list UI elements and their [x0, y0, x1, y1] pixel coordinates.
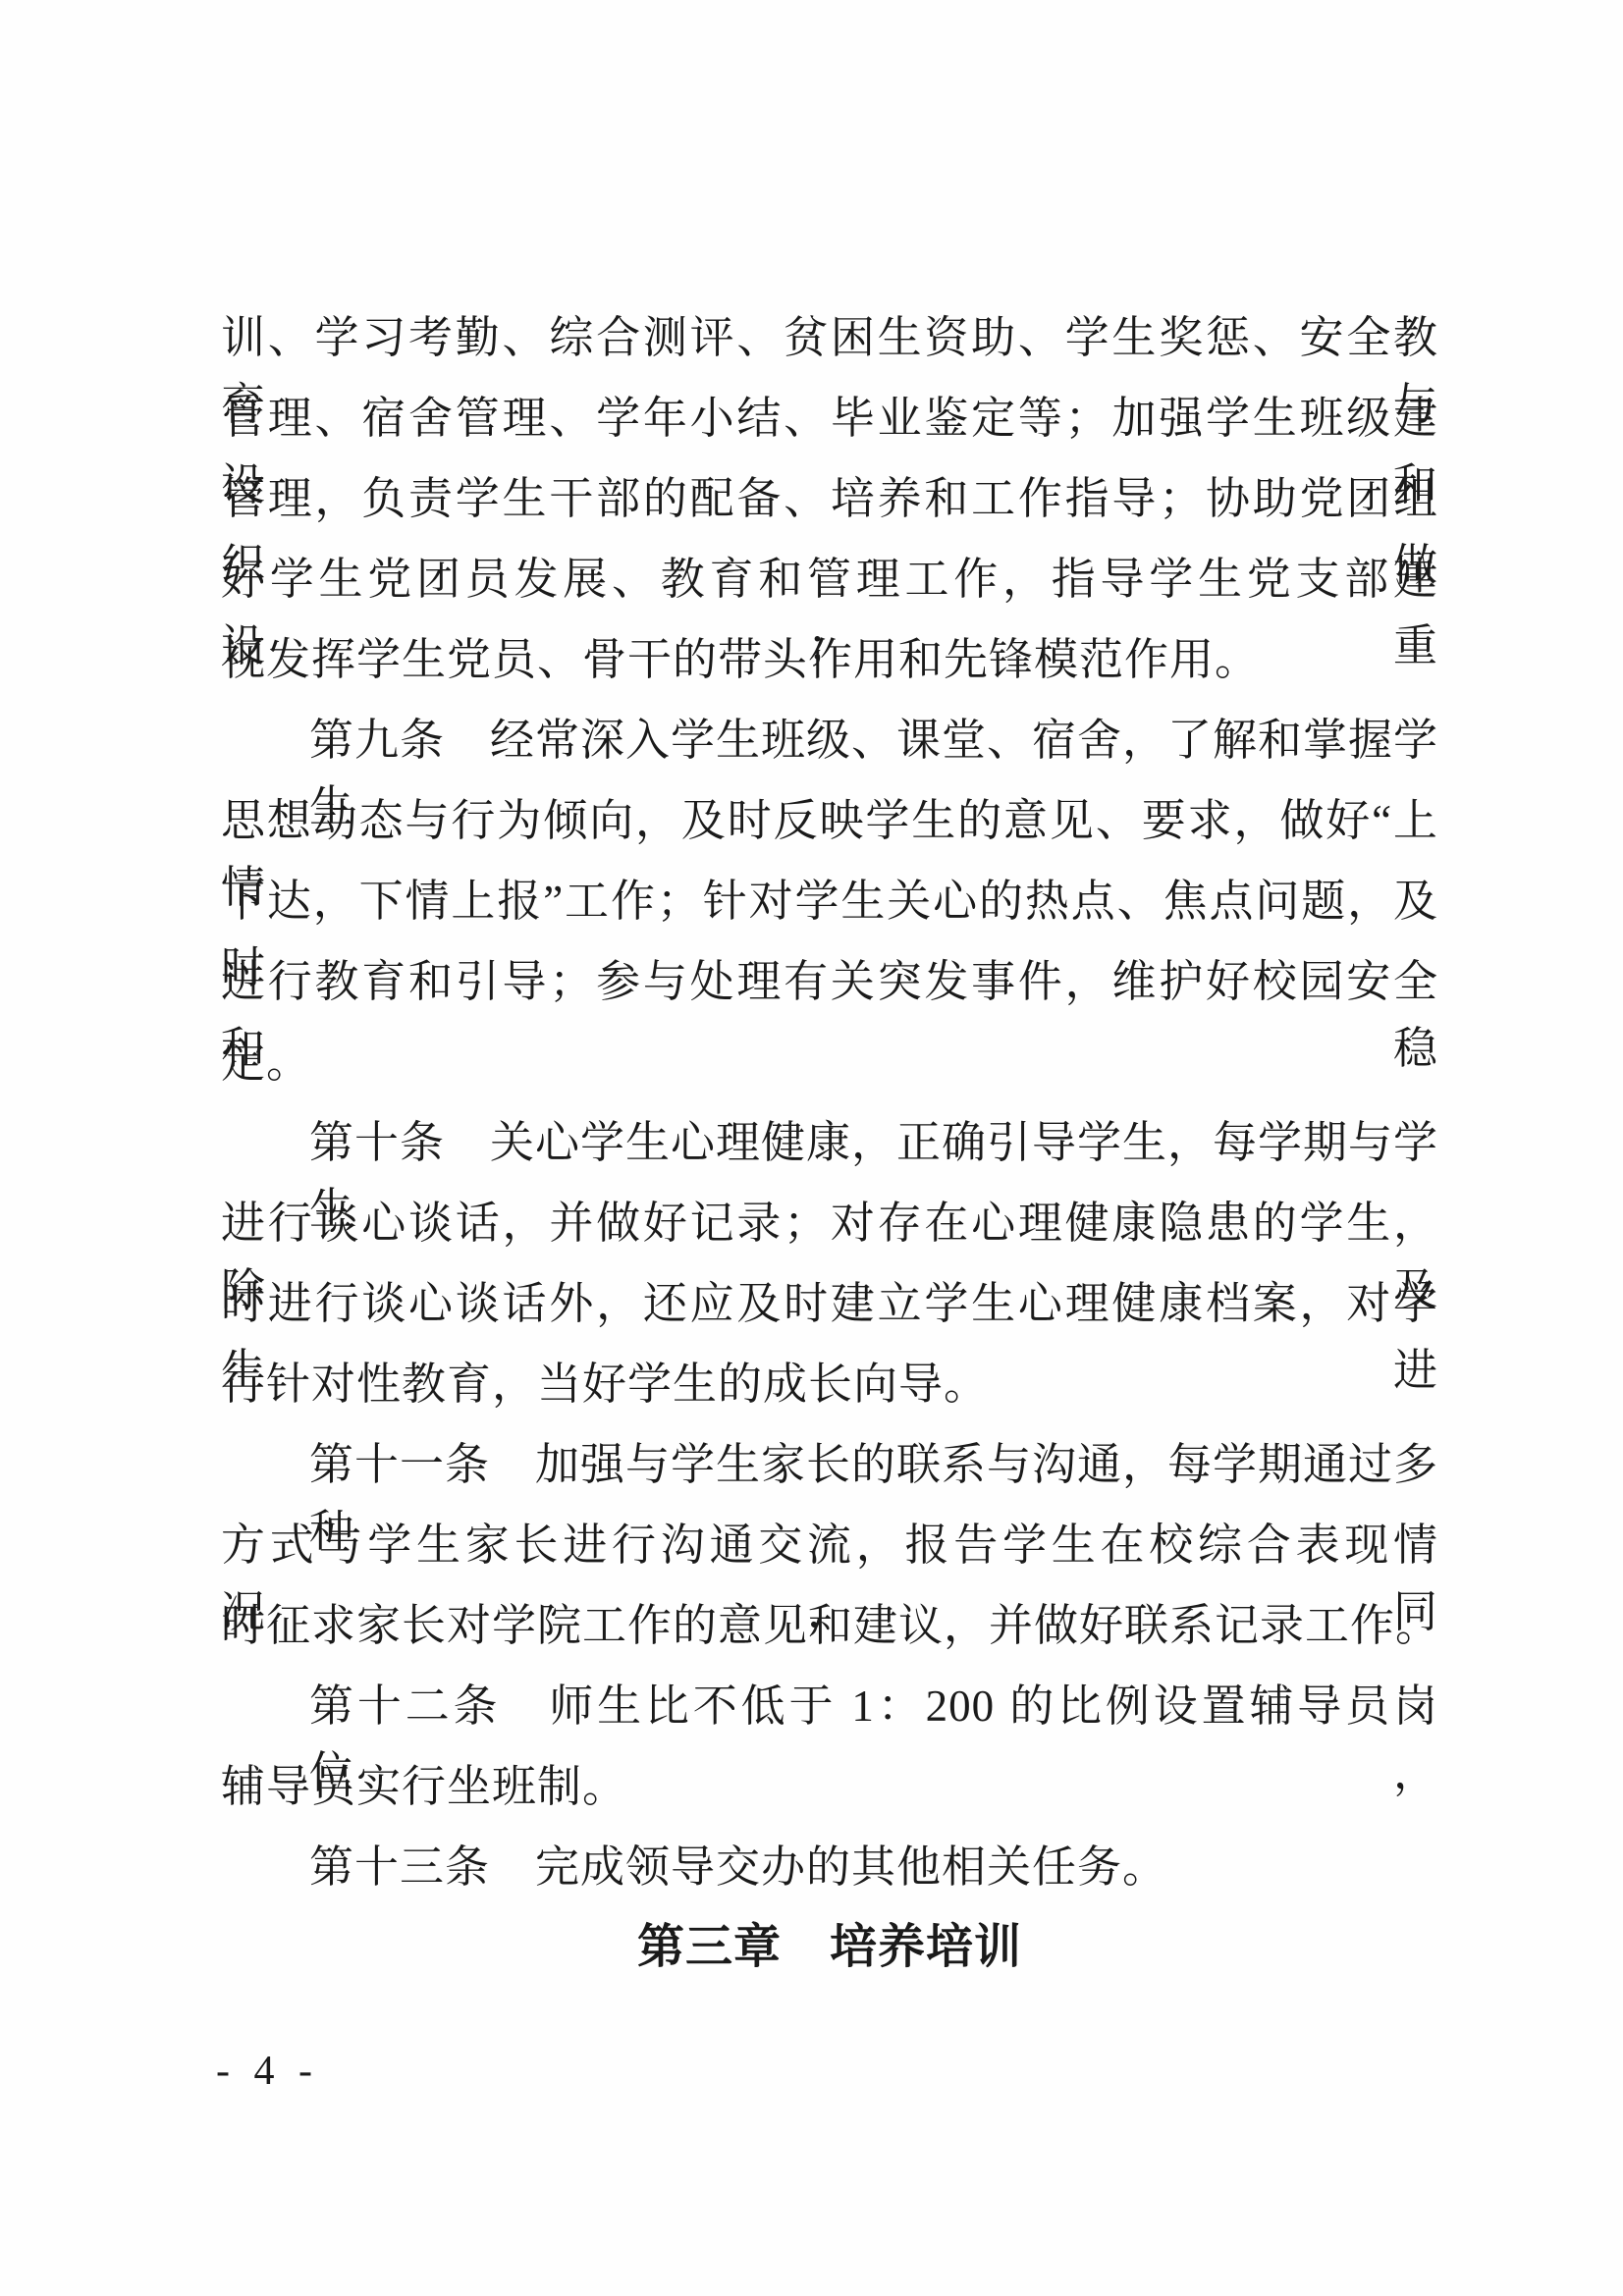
text-line: 时征求家长对学院工作的意见和建议，并做好联系记录工作。 [221, 1592, 1438, 1673]
text-line: 管理、宿舍管理、学年小结、毕业鉴定等；加强学生班级建设和 [221, 385, 1438, 465]
document-page: 训、学习考勤、综合测评、贫困生资助、学生奖惩、安全教育与管理、宿舍管理、学年小结… [0, 0, 1623, 2296]
chapter-heading: 第三章 培养培训 [221, 1914, 1438, 1995]
scanned-document-page: { "page": { "number_label": "- 4 -", "ba… [0, 0, 1623, 2296]
text-line: 第十二条 师生比不低于 1：200 的比例设置辅导员岗位， [221, 1673, 1438, 1753]
page-number: - 4 - [216, 2048, 319, 2095]
text-line: 思想动态与行为倾向，及时反映学生的意见、要求，做好“上情 [221, 787, 1438, 868]
text-line: 进行教育和引导；参与处理有关突发事件，维护好校园安全和稳 [221, 948, 1438, 1029]
text-line: 训、学习考勤、综合测评、贫困生资助、学生奖惩、安全教育与 [221, 304, 1438, 385]
document-body: 训、学习考勤、综合测评、贫困生资助、学生奖惩、安全教育与管理、宿舍管理、学年小结… [221, 304, 1438, 1995]
text-line: 好学生党团员发展、教育和管理工作，指导学生党支部建设；重 [221, 546, 1438, 626]
text-line: 方式与学生家长进行沟通交流，报告学生在校综合表现情况，同 [221, 1512, 1438, 1592]
text-line: 进行谈心谈话，并做好记录；对存在心理健康隐患的学生，除及 [221, 1190, 1438, 1270]
text-line: 第九条 经常深入学生班级、课堂、宿舍，了解和掌握学生 [221, 707, 1438, 787]
text-line: 第十一条 加强与学生家长的联系与沟通，每学期通过多种 [221, 1431, 1438, 1512]
text-line: 下达，下情上报”工作；针对学生关心的热点、焦点问题，及时 [221, 868, 1438, 948]
text-line: 第十三条 完成领导交办的其他相关任务。 [221, 1834, 1438, 1914]
text-line: 时进行谈心谈话外，还应及时建立学生心理健康档案，对学生进 [221, 1270, 1438, 1351]
text-line: 视发挥学生党员、骨干的带头作用和先锋模范作用。 [221, 626, 1438, 707]
text-line: 管理，负责学生干部的配备、培养和工作指导；协助党团组织做 [221, 465, 1438, 546]
text-line: 第十条 关心学生心理健康，正确引导学生，每学期与学生 [221, 1109, 1438, 1190]
